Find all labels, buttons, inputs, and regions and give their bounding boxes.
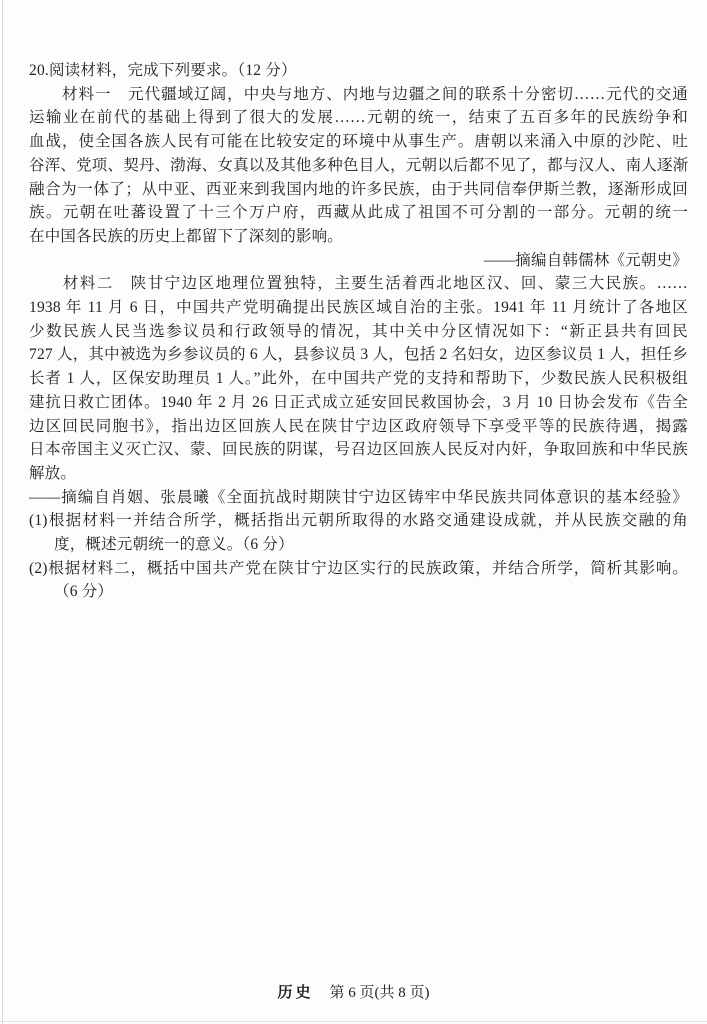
text-line: (2)根据材料二，概括中国共产党在陕甘宁边区实行的民族政策，并结合所学，简析其影… xyxy=(29,557,688,581)
material-2-source: ——摘编自肖姻、张晨曦《全面抗战时期陕甘宁边区铸牢中华民族共同体意识的基本经验》 xyxy=(29,486,688,510)
text-line: 建抗日救亡团体。1940 年 2 月 26 日正式成立延安回民救国协会，3 月 … xyxy=(29,391,688,415)
footer-page-number: 第 6 页(共 8 页) xyxy=(330,985,430,1001)
text-line: 材料一 元代疆域辽阔，中央与地方、内地与边疆之间的联系十分密切……元代的交通 xyxy=(29,83,688,107)
text-line: 日本帝国主义灭亡汉、蒙、回民族的阴谋，号召边区回族人民反对内奸，争取回族和中华民… xyxy=(29,438,688,462)
question-20-block: 20.阅读材料，完成下列要求。（12 分） 材料一 元代疆域辽阔，中央与地方、内… xyxy=(29,59,688,604)
scan-edge-bottom xyxy=(0,1021,707,1022)
text-line: 族。元朝在吐蕃设置了十三个万户府，西藏从此成了祖国不可分割的一部分。元朝的统一 xyxy=(29,201,688,225)
material-1-paragraph: 材料一 元代疆域辽阔，中央与地方、内地与边疆之间的联系十分密切……元代的交通运输… xyxy=(29,83,688,249)
text-line: 材料二 陕甘宁边区地理位置独特，主要生活着西北地区汉、回、蒙三大民族。…… xyxy=(29,272,688,296)
text-line: 727 人，其中被选为乡参议员的 6 人，县参议员 3 人，包括 2 名妇女，边… xyxy=(29,343,688,367)
page-footer: 历史第 6 页(共 8 页) xyxy=(0,983,707,1003)
text-line: 在中国各民族的历史上都留下了深刻的影响。 xyxy=(29,225,688,249)
text-line: 融合为一体了；从中亚、西亚来到我国内地的许多民族，由于共同信奉伊斯兰教，逐渐形成… xyxy=(29,178,688,202)
text-line: 长者 1 人，区保安助理员 1 人。”此外，在中国共产党的支持和帮助下，少数民族… xyxy=(29,367,688,391)
text-line: （6 分） xyxy=(29,580,688,604)
text-line: 解放。 xyxy=(29,462,688,486)
question-20-header: 20.阅读材料，完成下列要求。（12 分） xyxy=(29,59,688,83)
footer-subject: 历史 xyxy=(277,985,313,1001)
text-line: 谷浑、党项、契丹、渤海、女真以及其他多种色目人，元朝以后都不见了，都与汉人、南人… xyxy=(29,154,688,178)
scan-edge-left xyxy=(2,0,3,1024)
text-line: 血战，使全国各族人民有可能在比较安定的环境中从事生产。唐朝以来涌入中原的沙陀、吐 xyxy=(29,130,688,154)
exam-paper-page: 20.阅读材料，完成下列要求。（12 分） 材料一 元代疆域辽阔，中央与地方、内… xyxy=(0,0,707,1024)
sub-questions: (1)根据材料一并结合所学，概括指出元朝所取得的水路交通建设成就，并从民族交融的… xyxy=(29,509,688,604)
text-line: 少数民族人民当选参议员和行政领导的情况，其中关中分区情况如下：“新正县共有回民 xyxy=(29,320,688,344)
text-line: (1)根据材料一并结合所学，概括指出元朝所取得的水路交通建设成就，并从民族交融的… xyxy=(29,509,688,533)
text-line: 度，概述元朝统一的意义。（6 分） xyxy=(29,533,688,557)
material-1-source: ——摘编自韩儒林《元朝史》 xyxy=(29,249,688,273)
material-2-paragraph: 材料二 陕甘宁边区地理位置独特，主要生活着西北地区汉、回、蒙三大民族。……193… xyxy=(29,272,688,485)
text-line: 运输业在前代的基础上得到了很大的发展……元朝的统一，结束了五百多年的民族纷争和 xyxy=(29,106,688,130)
text-line: 边区回民同胞书》，指出边区回族人民在陕甘宁边区政府领导下享受平等的民族待遇，揭露 xyxy=(29,415,688,439)
text-line: 1938 年 11 月 6 日，中国共产党明确提出民族区域自治的主张。1941 … xyxy=(29,296,688,320)
